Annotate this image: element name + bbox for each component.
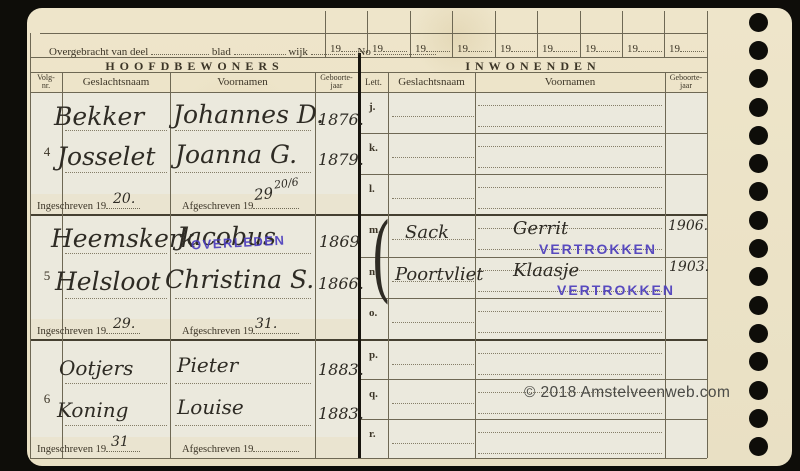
ingeschreven-text: Ingeschreven 19 — [37, 444, 106, 455]
year-cell-label: 19 — [372, 43, 383, 55]
dotted-blank — [680, 41, 704, 52]
handwritten-firstname: Joanna G. — [175, 140, 297, 169]
dotted-line — [175, 383, 311, 384]
punch-hole — [749, 296, 768, 315]
inwonenden-row-j: j. — [359, 92, 707, 133]
transfer-wijk-label: wijk — [288, 46, 308, 58]
punch-hole — [749, 352, 768, 371]
punch-hole — [749, 381, 768, 400]
rule-line — [537, 11, 538, 57]
ingeschreven-value: 20. — [113, 191, 135, 207]
col-header-geslachtsnaam: Geslachtsnaam — [62, 76, 170, 88]
year-cell: 19 — [372, 41, 407, 55]
col-header-voornamen: Voornamen — [170, 76, 315, 88]
punch-hole — [749, 267, 768, 286]
handwritten-birthyear: 1866. — [318, 274, 364, 293]
transfer-blad-label: blad — [212, 46, 231, 58]
dotted-line — [392, 322, 474, 323]
dotted-blank — [511, 41, 535, 52]
afgeschreven-text: Afgeschreven 19 — [182, 326, 253, 337]
punch-hole — [749, 437, 768, 456]
dotted-line — [478, 187, 662, 188]
dotted-line — [65, 383, 167, 384]
year-cell-label: 19 — [330, 43, 341, 55]
dotted-line — [392, 364, 474, 365]
ingeschreven-text: Ingeschreven 19 — [37, 201, 106, 212]
dotted-line — [478, 353, 662, 354]
handwritten-firstname: Christina S. — [165, 265, 314, 294]
ingeschreven-value: 31 — [111, 434, 129, 450]
dotted-line — [392, 198, 474, 199]
handwritten-surname: Helsloot — [55, 267, 161, 296]
afgeschreven-label: Afgeschreven 19 — [182, 323, 299, 337]
inwonenden-row-r: r. — [359, 419, 707, 458]
hoofdbewoners-title: HOOFDBEWONERS — [30, 59, 359, 74]
handwritten-firstname: Pieter — [177, 353, 238, 377]
row-letter: p. — [369, 349, 378, 361]
year-cell: 19 — [585, 41, 620, 55]
handwritten-birthyear: 1903. — [669, 259, 709, 275]
dotted-line — [478, 413, 662, 414]
dotted-line — [478, 332, 662, 333]
year-cell-label: 19 — [542, 43, 553, 55]
handwritten-surname: Heemskerk — [51, 224, 196, 253]
dotted-blank — [553, 41, 577, 52]
dotted-blank — [596, 41, 620, 52]
dotted-blank — [234, 44, 286, 55]
dotted-line — [65, 172, 167, 173]
dotted-line — [392, 403, 474, 404]
inwonenden-row-o: o. — [359, 298, 707, 339]
dotted-blank — [638, 41, 662, 52]
punch-hole — [749, 69, 768, 88]
handwritten-surname: Josselet — [57, 142, 155, 171]
handwritten-birthyear: 1883. — [318, 404, 364, 423]
rule-line — [452, 11, 453, 57]
col-header-inw-geboortejaar: Geboorte- jaar — [665, 74, 707, 90]
handwritten-brace: ( — [371, 214, 391, 304]
handwritten-surname: Koning — [57, 398, 128, 422]
dotted-line — [392, 443, 474, 444]
row-letter: q. — [369, 388, 378, 400]
year-cell: 19 — [500, 41, 535, 55]
rule-line — [30, 458, 707, 459]
vertrokken-stamp: VERTROKKEN — [539, 241, 657, 257]
rule-line — [664, 11, 665, 57]
year-cell: 19 — [330, 41, 365, 55]
rule-line — [495, 11, 496, 57]
handwritten-surname: Bekker — [54, 102, 144, 131]
col-header-volgnr-line2: nr. — [42, 81, 50, 90]
rule-line — [580, 11, 581, 57]
year-cell: 19 — [627, 41, 662, 55]
handwritten-firstname: Klaasje — [513, 260, 579, 281]
register-card: Overgebracht van deel blad wijk No 19 19… — [27, 8, 792, 466]
year-cell-label: 19 — [415, 43, 426, 55]
col-header-inw-geboortejaar-line2: jaar — [680, 81, 692, 90]
punch-hole — [749, 98, 768, 117]
dotted-line — [478, 167, 662, 168]
dotted-line — [478, 126, 662, 127]
afgeschreven-text: Afgeschreven 19 — [182, 444, 253, 455]
dotted-blank — [426, 41, 450, 52]
row-letter: j. — [369, 101, 375, 113]
afgeschreven-label: Afgeschreven 19 — [182, 441, 299, 455]
col-header-geboortejaar: Geboorte- jaar — [315, 74, 358, 90]
handwritten-firstname: Gerrit — [513, 218, 568, 239]
dotted-line — [175, 130, 311, 131]
dotted-line — [65, 425, 167, 426]
handwritten-birthyear: 1906. — [668, 218, 708, 234]
year-cell-label: 19 — [457, 43, 468, 55]
dotted-blank — [383, 41, 407, 52]
year-cell-label: 19 — [669, 43, 680, 55]
col-header-geboortejaar-line2: jaar — [331, 81, 343, 90]
punch-hole — [749, 13, 768, 32]
dotted-line — [175, 298, 311, 299]
year-cell-label: 19 — [500, 43, 511, 55]
rule-line — [622, 11, 623, 57]
year-cell-label: 19 — [585, 43, 596, 55]
punch-hole — [749, 211, 768, 230]
handwritten-birthyear: 1876. — [318, 110, 364, 129]
inwonenden-row-k: k. — [359, 133, 707, 174]
col-header-inw-voornamen: Voornamen — [475, 76, 665, 88]
handwritten-firstname: Louise — [177, 395, 244, 419]
dotted-line — [175, 172, 311, 173]
afgeschreven-label: Afgeschreven 19 — [182, 198, 299, 212]
col-header-inw-geslachtsnaam: Geslachtsnaam — [388, 76, 475, 88]
punch-hole — [749, 409, 768, 428]
afgeschreven-value: 31. — [255, 316, 277, 332]
row-letter: r. — [369, 428, 376, 440]
dotted-blank — [253, 441, 299, 452]
dotted-line — [392, 157, 474, 158]
dotted-blank — [341, 41, 365, 52]
dotted-line — [175, 253, 311, 254]
inwonenden-row-p: p. — [359, 340, 707, 379]
dotted-blank — [468, 41, 492, 52]
vertrokken-stamp: VERTROKKEN — [557, 282, 675, 298]
dotted-line — [478, 311, 662, 312]
year-cell-label: 19 — [627, 43, 638, 55]
year-cell: 19 — [542, 41, 577, 55]
transfer-overgebracht-label: Overgebracht van deel — [49, 46, 148, 58]
dotted-line — [478, 432, 662, 433]
year-cell: 19 — [669, 41, 704, 55]
copyright-watermark: © 2018 Amstelveenweb.com — [524, 384, 730, 402]
dotted-line — [478, 105, 662, 106]
afgeschreven-text: Afgeschreven 19 — [182, 201, 253, 212]
dotted-line — [65, 298, 167, 299]
punch-hole — [749, 126, 768, 145]
year-cell: 19 — [415, 41, 450, 55]
ingeschreven-text: Ingeschreven 19 — [37, 326, 106, 337]
rule-line — [315, 72, 316, 458]
handwritten-surname: Ootjers — [59, 356, 133, 380]
ingeschreven-value: 29. — [113, 316, 135, 332]
col-header-lett: Lett. — [359, 77, 388, 87]
dotted-line — [65, 253, 167, 254]
dotted-line — [175, 425, 311, 426]
punch-hole — [749, 239, 768, 258]
handwritten-birthyear: 1883. — [318, 360, 364, 379]
handwritten-firstname: Johannes D. — [173, 100, 324, 129]
punch-hole — [749, 41, 768, 60]
punch-hole — [749, 154, 768, 173]
dotted-blank — [151, 44, 209, 55]
handwritten-birthyear: 1869 — [319, 232, 360, 251]
year-cell: 19 — [457, 41, 492, 55]
inwonenden-title: INWONENDEN — [359, 59, 707, 74]
punch-hole — [749, 182, 768, 201]
rule-line — [30, 33, 31, 458]
afgeschreven-value: 29 — [253, 184, 274, 204]
punch-hole — [749, 324, 768, 343]
dotted-line — [478, 208, 662, 209]
row-letter: k. — [369, 142, 378, 154]
handwritten-surname: Poortvliet — [395, 264, 483, 285]
rule-line — [40, 33, 707, 34]
dotted-line — [478, 453, 662, 454]
handwritten-birthyear: 1879. — [318, 150, 364, 169]
dotted-line — [392, 116, 474, 117]
dotted-line — [478, 374, 662, 375]
dotted-line — [478, 146, 662, 147]
row-letter: l. — [369, 183, 375, 195]
handwritten-surname: Sack — [405, 222, 449, 243]
inwonenden-row-l: l. — [359, 174, 707, 215]
dotted-line — [478, 228, 662, 229]
col-header-volgnr: Volg- nr. — [30, 74, 62, 90]
